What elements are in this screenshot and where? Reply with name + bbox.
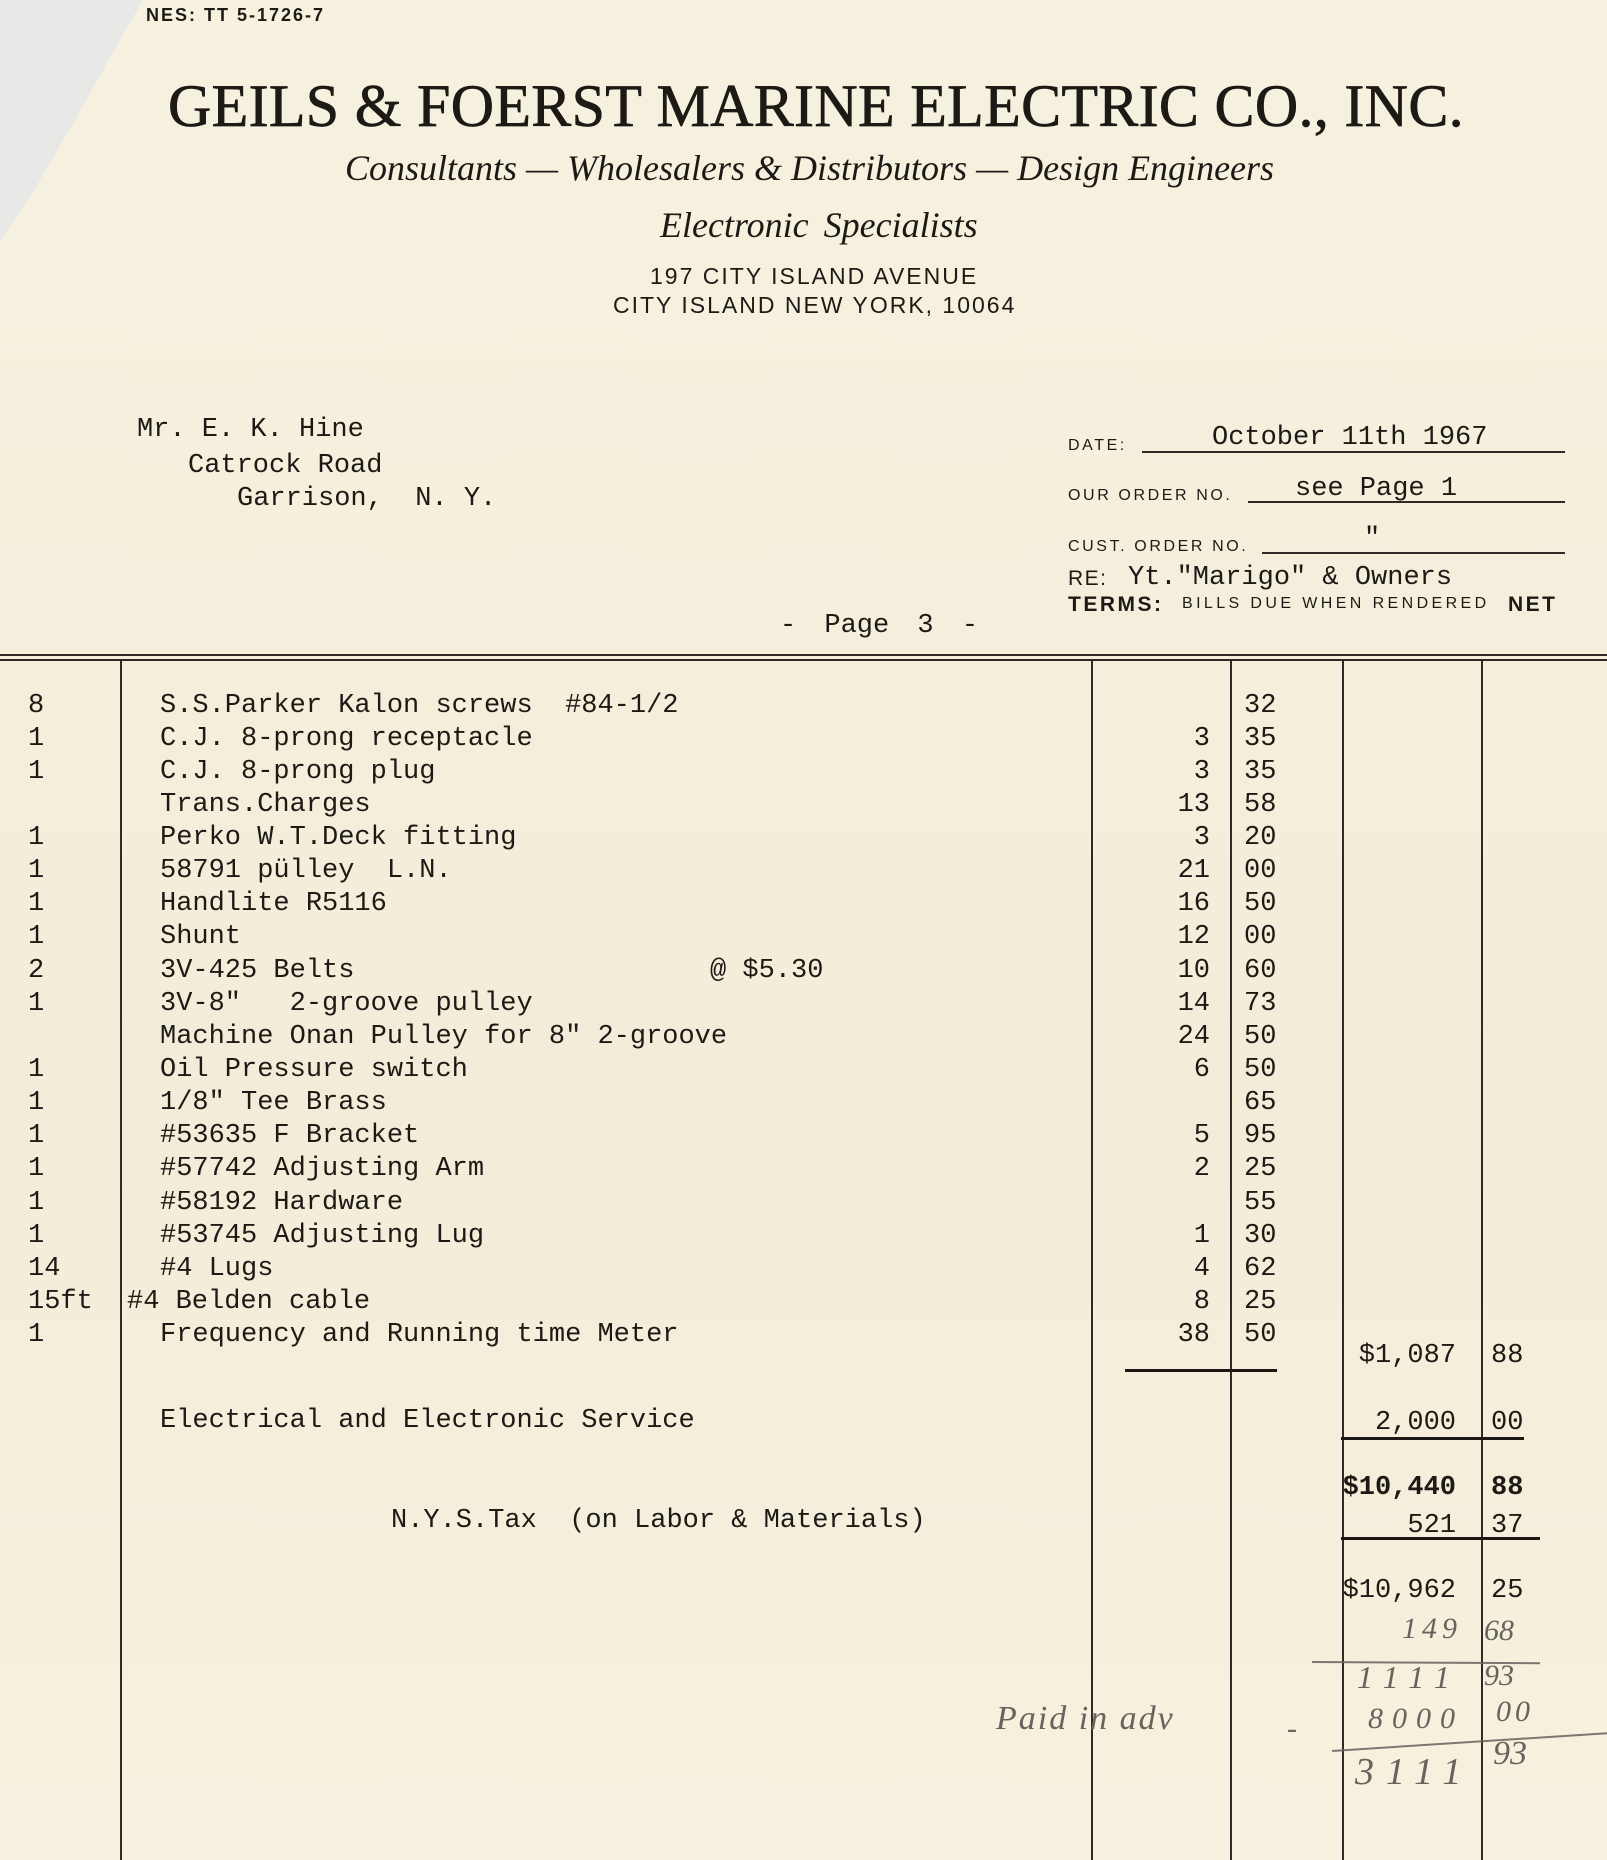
item-description: Trans.Charges bbox=[160, 792, 371, 819]
terms-text: BILLS DUE WHEN RENDERED bbox=[1182, 596, 1490, 612]
item-dollars: 4 bbox=[1194, 1256, 1210, 1283]
materials-total-dollars: $1,087 bbox=[1359, 1343, 1456, 1370]
item-cents: 00 bbox=[1244, 858, 1276, 885]
service-total-rule bbox=[1341, 1437, 1524, 1440]
line-item: 1 C.J. 8-prong receptacle 3 35 bbox=[0, 722, 1607, 755]
item-qty: 14 bbox=[28, 1256, 60, 1283]
item-description: 3V-8" 2-groove pulley bbox=[160, 991, 533, 1018]
tax-description: N.Y.S.Tax (on Labor & Materials) bbox=[391, 1508, 926, 1535]
item-dollars: 13 bbox=[1178, 792, 1210, 819]
item-description: #53745 Adjusting Lug bbox=[160, 1223, 484, 1250]
company-tagline: Consultants — Wholesalers & Distributors… bbox=[345, 150, 1274, 186]
recipient-city: Garrison, N. Y. bbox=[237, 486, 496, 513]
line-item: Machine Onan Pulley for 8" 2-groove 24 5… bbox=[0, 1020, 1607, 1053]
line-item: 1 58791 pülley L.N. 21 00 bbox=[0, 854, 1607, 887]
item-cents: 00 bbox=[1244, 924, 1276, 951]
tax-dollars: 521 bbox=[1407, 1513, 1456, 1540]
item-description: 3V-425 Belts bbox=[160, 958, 354, 985]
item-cents: 50 bbox=[1244, 891, 1276, 918]
service-description: Electrical and Electronic Service bbox=[160, 1408, 695, 1435]
item-qty: 1 bbox=[28, 1156, 44, 1183]
subtotal-cents: 88 bbox=[1491, 1475, 1523, 1502]
item-description: 58791 pülley L.N. bbox=[160, 858, 452, 885]
line-item: 1 1/8" Tee Brass 65 bbox=[0, 1086, 1607, 1119]
line-item: 1 C.J. 8-prong plug 3 35 bbox=[0, 755, 1607, 788]
handwritten-paid-cents: 00 bbox=[1496, 1697, 1534, 1727]
item-cents: 20 bbox=[1244, 825, 1276, 852]
line-item: 1 Handlite R5116 16 50 bbox=[0, 887, 1607, 920]
item-qty: 1 bbox=[28, 891, 44, 918]
line-item: Trans.Charges 13 58 bbox=[0, 788, 1607, 821]
item-dollars: 8 bbox=[1194, 1289, 1210, 1316]
handwritten-balance-cents: 93 bbox=[1493, 1737, 1527, 1771]
item-description: Oil Pressure switch bbox=[160, 1057, 468, 1084]
item-description: Frequency and Running time Meter bbox=[160, 1322, 678, 1349]
subtotal-dollars: $10,440 bbox=[1343, 1475, 1456, 1502]
item-dollars: 3 bbox=[1194, 726, 1210, 753]
grand-total-cents: 25 bbox=[1491, 1578, 1523, 1605]
invoice-page: NES: TT 5-1726-7 GEILS & FOERST MARINE E… bbox=[0, 0, 1607, 1860]
item-cents: 50 bbox=[1244, 1322, 1276, 1349]
our-order-value: see Page 1 bbox=[1295, 476, 1457, 503]
line-items: 8 S.S.Parker Kalon screws #84-1/2 32 1 C… bbox=[0, 689, 1607, 1352]
terms-label: TERMS: bbox=[1068, 594, 1164, 615]
company-specialty: Electronic Specialists bbox=[660, 207, 978, 243]
item-description: 1/8" Tee Brass bbox=[160, 1090, 387, 1117]
line-item: 1 #58192 Hardware 55 bbox=[0, 1186, 1607, 1219]
item-qty: 1 bbox=[28, 1223, 44, 1250]
line-item: 14 #4 Lugs 4 62 bbox=[0, 1252, 1607, 1285]
line-item: 1 #53635 F Bracket 5 95 bbox=[0, 1119, 1607, 1152]
service-dollars: 2,000 bbox=[1375, 1410, 1456, 1437]
line-item: 1 Oil Pressure switch 6 50 bbox=[0, 1053, 1607, 1086]
item-qty: 1 bbox=[28, 858, 44, 885]
line-item: 1 Shunt 12 00 bbox=[0, 920, 1607, 953]
item-cents: 95 bbox=[1244, 1123, 1276, 1150]
item-dollars: 5 bbox=[1194, 1123, 1210, 1150]
item-qty: 1 bbox=[28, 1190, 44, 1217]
item-qty: 1 bbox=[28, 1123, 44, 1150]
cust-order-value: " bbox=[1364, 526, 1380, 553]
our-order-label: OUR ORDER NO. bbox=[1068, 488, 1232, 504]
handwritten-balance-dollars: 3111 bbox=[1355, 1753, 1473, 1791]
handwritten-addition-dollars: 149 bbox=[1402, 1614, 1462, 1644]
re-label: RE: bbox=[1068, 568, 1108, 589]
terms-net: NET bbox=[1508, 594, 1558, 615]
item-dollars: 10 bbox=[1178, 958, 1210, 985]
phone-number: NES: TT 5-1726-7 bbox=[146, 6, 325, 24]
item-cents: 65 bbox=[1244, 1090, 1276, 1117]
handwritten-sum-cents: 93 bbox=[1484, 1661, 1514, 1691]
item-cents: 35 bbox=[1244, 726, 1276, 753]
line-item: 2 3V-425 Belts @ $5.30 10 60 bbox=[0, 954, 1607, 987]
item-qty: 1 bbox=[28, 759, 44, 786]
line-item: 1 #57742 Adjusting Arm 2 25 bbox=[0, 1152, 1607, 1185]
recipient-name: Mr. E. K. Hine bbox=[137, 417, 364, 444]
item-dollars: 3 bbox=[1194, 759, 1210, 786]
item-cents: 30 bbox=[1244, 1223, 1276, 1250]
item-dollars: 38 bbox=[1178, 1322, 1210, 1349]
date-label: DATE: bbox=[1068, 438, 1127, 454]
company-address-city: CITY ISLAND NEW YORK, 10064 bbox=[613, 294, 1016, 317]
item-dollars: 2 bbox=[1194, 1156, 1210, 1183]
item-cents: 32 bbox=[1244, 693, 1276, 720]
line-item: 1 #53745 Adjusting Lug 1 30 bbox=[0, 1219, 1607, 1252]
item-description: #4 Belden cable bbox=[127, 1289, 370, 1316]
item-description: Shunt bbox=[160, 924, 241, 951]
table-top-rule-inner bbox=[0, 659, 1607, 661]
item-dollars: 3 bbox=[1194, 825, 1210, 852]
item-description: C.J. 8-prong plug bbox=[160, 759, 435, 786]
item-description: #4 Lugs bbox=[160, 1256, 273, 1283]
item-description: S.S.Parker Kalon screws #84-1/2 bbox=[160, 693, 678, 720]
recipient-street: Catrock Road bbox=[188, 453, 382, 480]
date-value: October 11th 1967 bbox=[1212, 425, 1487, 452]
item-qty: 1 bbox=[28, 825, 44, 852]
re-value: Yt."Marigo" & Owners bbox=[1128, 565, 1452, 592]
item-dollars: 21 bbox=[1178, 858, 1210, 885]
item-description: Handlite R5116 bbox=[160, 891, 387, 918]
table-top-rule bbox=[0, 654, 1607, 656]
item-qty: 2 bbox=[28, 958, 44, 985]
item-qty: 1 bbox=[28, 1322, 44, 1349]
item-cents: 60 bbox=[1244, 958, 1276, 985]
item-cents: 73 bbox=[1244, 991, 1276, 1018]
service-cents: 00 bbox=[1491, 1410, 1523, 1437]
item-description: C.J. 8-prong receptacle bbox=[160, 726, 533, 753]
item-cents: 25 bbox=[1244, 1289, 1276, 1316]
item-cents: 50 bbox=[1244, 1057, 1276, 1084]
item-description: #53635 F Bracket bbox=[160, 1123, 419, 1150]
handwritten-paid-dollars: 8000 bbox=[1368, 1704, 1464, 1734]
handwritten-minus-sign: - bbox=[1287, 1714, 1297, 1744]
item-cents: 58 bbox=[1244, 792, 1276, 819]
item-dollars: 1 bbox=[1194, 1223, 1210, 1250]
item-qty: 15ft bbox=[28, 1289, 93, 1316]
line-item: 1 Perko W.T.Deck fitting 3 20 bbox=[0, 821, 1607, 854]
tax-cents: 37 bbox=[1491, 1513, 1523, 1540]
item-qty: 1 bbox=[28, 924, 44, 951]
handwritten-addition-cents: 68 bbox=[1484, 1616, 1514, 1646]
item-cents: 25 bbox=[1244, 1156, 1276, 1183]
item-qty: 1 bbox=[28, 1090, 44, 1117]
handwritten-balance-line bbox=[1332, 1732, 1607, 1752]
item-dollars: 6 bbox=[1194, 1057, 1210, 1084]
cust-order-label: CUST. ORDER NO. bbox=[1068, 539, 1248, 555]
item-unit-price-note: @ $5.30 bbox=[710, 958, 823, 985]
page-number: - Page 3 - bbox=[780, 613, 978, 640]
item-cents: 50 bbox=[1244, 1024, 1276, 1051]
company-name: GEILS & FOERST MARINE ELECTRIC CO., INC. bbox=[168, 76, 1464, 136]
line-item: 8 S.S.Parker Kalon screws #84-1/2 32 bbox=[0, 689, 1607, 722]
line-item: 1 3V-8" 2-groove pulley 14 73 bbox=[0, 987, 1607, 1020]
item-description: Perko W.T.Deck fitting bbox=[160, 825, 516, 852]
item-dollars: 24 bbox=[1178, 1024, 1210, 1051]
tax-total-rule bbox=[1341, 1537, 1540, 1540]
grand-total-dollars: $10,962 bbox=[1343, 1578, 1456, 1605]
handwritten-paid-label: Paid in adv bbox=[996, 1702, 1175, 1736]
item-cents: 35 bbox=[1244, 759, 1276, 786]
cust-order-fill-line bbox=[1262, 552, 1565, 554]
company-address-street: 197 CITY ISLAND AVENUE bbox=[650, 265, 978, 288]
item-cents: 55 bbox=[1244, 1190, 1276, 1217]
item-cents: 62 bbox=[1244, 1256, 1276, 1283]
items-total-rule bbox=[1125, 1369, 1277, 1372]
item-dollars: 12 bbox=[1178, 924, 1210, 951]
materials-total-cents: 88 bbox=[1491, 1343, 1523, 1370]
item-dollars: 16 bbox=[1178, 891, 1210, 918]
item-qty: 1 bbox=[28, 991, 44, 1018]
line-item: 15ft #4 Belden cable 8 25 bbox=[0, 1285, 1607, 1318]
item-description: #58192 Hardware bbox=[160, 1190, 403, 1217]
item-qty: 1 bbox=[28, 1057, 44, 1084]
handwritten-sum-dollars: 1111 bbox=[1357, 1661, 1462, 1693]
item-qty: 1 bbox=[28, 726, 44, 753]
item-description: #57742 Adjusting Arm bbox=[160, 1156, 484, 1183]
item-description: Machine Onan Pulley for 8" 2-groove bbox=[160, 1024, 727, 1051]
folded-corner bbox=[0, 0, 150, 250]
item-qty: 8 bbox=[28, 693, 44, 720]
item-dollars: 14 bbox=[1178, 991, 1210, 1018]
